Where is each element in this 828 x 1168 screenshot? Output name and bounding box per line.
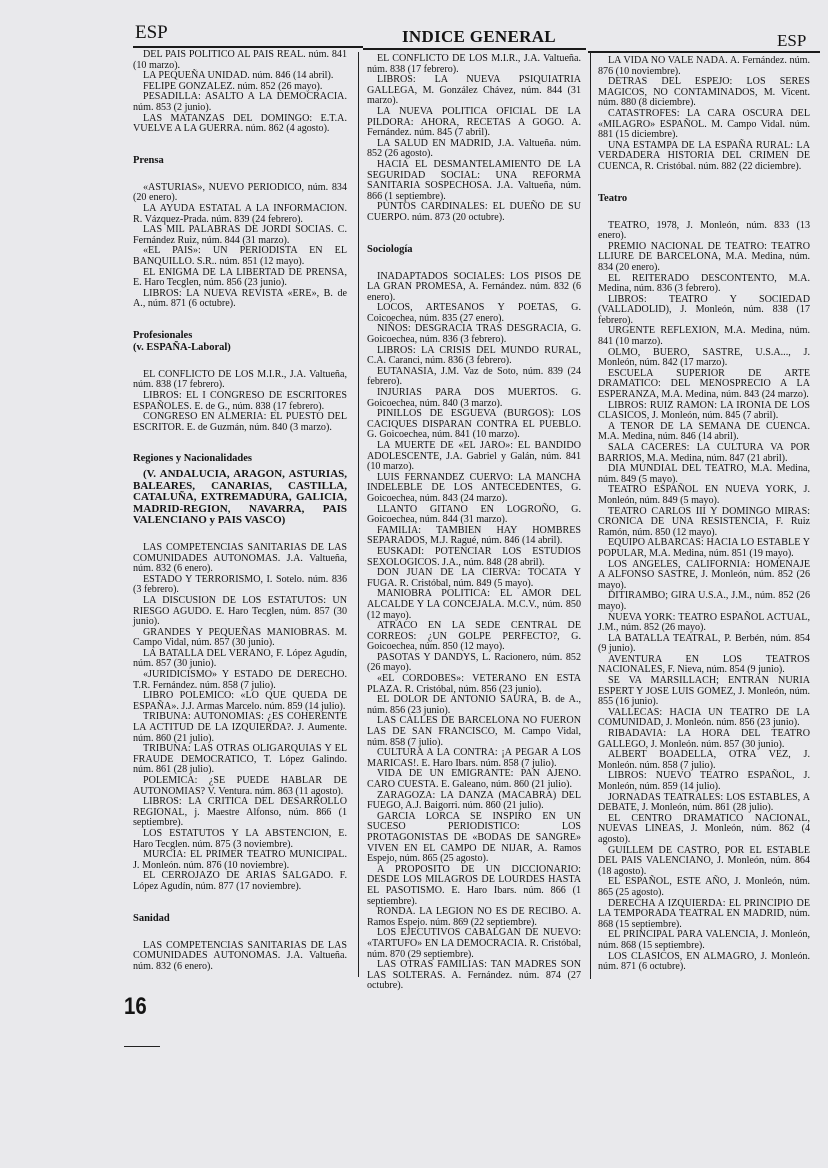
index-entry: DITIRAMBO; GIRA U.S.A., J.M., núm. 852 (… [598,591,810,612]
index-entry: GARCIA LORCA SE INSPIRO EN UN SUCESO PER… [367,812,581,865]
index-entry: LOS EJECUTIVOS CABALGAN DE NUEVO: «TARTU… [367,928,581,960]
section-subtitle: (v. ESPAÑA-Laboral) [133,342,347,354]
index-entry: DON JUAN DE LA CIERVA: TOCATA Y FUGA. R.… [367,568,581,589]
index-entry: LAS COMPETENCIAS SANITARIAS DE LAS COMUN… [133,941,347,973]
index-entry: LA AYUDA ESTATAL A LA INFORMACION. R. Vá… [133,204,347,225]
index-entry: CATASTROFES: LA CARA OSCURA DEL «MILAGRO… [598,109,810,141]
header-country-left: ESP [135,22,168,44]
section-title: Profesionales [133,330,192,341]
index-entry: ALBERT BOADELLA, OTRA VEZ, J. Monleón. n… [598,750,810,771]
index-entry: INADAPTADOS SOCIALES: LOS PISOS DE LA GR… [367,272,581,304]
index-entry: LIBROS: LA CRISIS DEL MUNDO RURAL, C.A. … [367,346,581,367]
index-entry: VIDA DE UN EMIGRANTE: PAN AJENO. CARO CU… [367,769,581,790]
index-entry: CONGRESO EN ALMERIA: EL PUESTO DEL ESCRI… [133,412,347,433]
section-cross-reference: (V. ANDALUCIA, ARAGON, ASTURIAS, BALEARE… [133,469,347,527]
page-number: 16 [124,993,147,1021]
column-divider [358,52,359,977]
index-entry: AVENTURA EN LOS TEATROS NACIONALES, F. N… [598,655,810,676]
index-entry: GRANDES Y PEQUEÑAS MANIOBRAS. M. Campo V… [133,628,347,649]
index-entry: LIBROS: LA NUEVA PSIQUIATRIA GALLEGA, M.… [367,75,581,107]
section-heading: Teatro [598,193,810,205]
index-entry: PASOTAS Y DANDYS, L. Racionero, núm. 852… [367,653,581,674]
index-entry: EUSKADI: POTENCIAR LOS ESTUDIOS SEXOLOGI… [367,547,581,568]
index-entry: TEATRO CARLOS III Y DOMINGO MIRAS: CRONI… [598,507,810,539]
index-entry: TEATRO, 1978, J. Monleón, núm. 833 (13 e… [598,221,810,242]
index-entry: EL PRINCIPAL PARA VALENCIA, J. Monleón, … [598,930,810,951]
index-entry: JORNADAS TEATRALES: LOS ESTABLES, A DEBA… [598,793,810,814]
index-entry: LA BATALLA DEL VERANO, F. López Agudín, … [133,649,347,670]
index-page: ESP INDICE GENERAL ESP DEL PAIS POLITICO… [0,0,828,1168]
index-entry: EL ESPAÑOL, ESTE AÑO, J. Monleón, núm. 8… [598,877,810,898]
section-heading: Regiones y Nacionalidades [133,453,347,465]
header-rule [133,46,363,48]
index-entry: FAMILIA: TAMBIEN HAY HOMBRES SEPARADOS, … [367,526,581,547]
header-country-right: ESP [777,31,806,51]
section-heading: Sanidad [133,913,347,925]
index-entry: DEL PAIS POLITICO AL PAIS REAL. núm. 841… [133,50,347,71]
index-entry: LLANTO GITANO EN LOGROÑO, G. Goicoechea,… [367,505,581,526]
index-entry: ATRACO EN LA SEDE CENTRAL DE CORREOS: ¿U… [367,621,581,653]
index-entry: POLEMICA: ¿SE PUEDE HABLAR DE AUTONOMIAS… [133,776,347,797]
index-entry: RIBADAVIA: LA HORA DEL TEATRO GALLEGO, J… [598,729,810,750]
index-entry: OLMO, BUERO, SASTRE, U.S.A..., J. Monleó… [598,348,810,369]
index-entry: PINILLOS DE ESGUEVA (BURGOS): LOS CACIQU… [367,409,581,441]
index-entry: LA VIDA NO VALE NADA. A. Fernández. núm.… [598,56,810,77]
column-divider [590,52,591,979]
index-entry: NUEVA YORK: TEATRO ESPAÑOL ACTUAL, J.M.,… [598,613,810,634]
header-rule [363,48,586,50]
index-entry: LOS CLASICOS, EN ALMAGRO, J. Monleón. nú… [598,952,810,973]
index-entry: TRIBUNA: LAS OTRAS OLIGARQUIAS Y EL FRAU… [133,744,347,776]
index-entry: MURCIA: EL PRIMER TEATRO MUNICIPAL. J. M… [133,850,347,871]
index-entry: LIBROS: RUIZ RAMON: LA IRONIA DE LOS CLA… [598,401,810,422]
index-entry: DERECHA A IZQUIERDA: EL PRINCIPIO DE LA … [598,899,810,931]
index-entry: LA DISCUSION DE LOS ESTATUTOS: UN RIESGO… [133,596,347,628]
index-entry: LOCOS, ARTESANOS Y POETAS, G. Coicoechea… [367,303,581,324]
index-entry: EL REITERADO DESCONTENTO, M.A. Medina, n… [598,274,810,295]
index-entry: ZARAGOZA: LA DANZA (MACABRA) DEL FUEGO, … [367,791,581,812]
index-entry: EL CERROJAZO DE ARIAS SALGADO. F. López … [133,871,347,892]
index-entry: LAS CALLES DE BARCELONA NO FUERON LAS DE… [367,716,581,748]
index-entry: LAS OTRAS FAMILIAS: TAN MADRES SON LAS S… [367,960,581,992]
index-entry: URGENTE REFLEXION, M.A. Medina, núm. 841… [598,326,810,347]
index-entry: LA SALUD EN MADRID, J.A. Valtueña. núm. … [367,139,581,160]
index-entry: LIBROS: LA NUEVA REVISTA «ERE», B. de A.… [133,289,347,310]
index-entry: LOS ANGELES, CALIFORNIA: HOMENAJE A ALFO… [598,560,810,592]
section-title: Teatro [598,193,627,204]
index-entry: LIBRO POLEMICO: «LO QUE QUEDA DE ESPAÑA»… [133,691,347,712]
footer-rule [124,1046,160,1047]
section-heading: Profesionales(v. ESPAÑA-Laboral) [133,330,347,354]
index-entry: LA NUEVA POLITICA OFICIAL DE LA PILDORA:… [367,107,581,139]
index-column-1: DEL PAIS POLITICO AL PAIS REAL. núm. 841… [133,50,347,972]
header-rule [588,51,820,53]
index-entry: EL DOLOR DE ANTONIO SAURA, B. de A., núm… [367,695,581,716]
index-entry: «JURIDICISMO» Y ESTADO DE DERECHO. T.R. … [133,670,347,691]
index-entry: PUNTOS CARDINALES: EL DUEÑO DE SU CUERPO… [367,202,581,223]
section-title: Prensa [133,155,164,166]
index-entry: LIBROS: TEATRO Y SOCIEDAD (VALLADOLID), … [598,295,810,327]
index-entry: EQUIPO ALBARCAS: HACIA LO ESTABLE Y POPU… [598,538,810,559]
section-title: Sociología [367,244,413,255]
index-entry: EL CENTRO DRAMATICO NACIONAL, NUEVAS LIN… [598,814,810,846]
index-entry: TEATRO ESPAÑOL EN NUEVA YORK, J. Monleón… [598,485,810,506]
index-entry: ESTADO Y TERRORISMO, I. Sotelo. núm. 836… [133,575,347,596]
section-title: Sanidad [133,913,170,924]
index-entry: «ASTURIAS», NUEVO PERIODICO, núm. 834 (2… [133,183,347,204]
index-entry: LIBROS: NUEVO TEATRO ESPAÑOL, J. Monleón… [598,771,810,792]
index-entry: VALLECAS: HACIA UN TEATRO DE LA COMUNIDA… [598,708,810,729]
header-title: INDICE GENERAL [402,27,556,47]
index-entry: A PROPOSITO DE UN DICCIONARIO: DESDE LOS… [367,865,581,907]
index-entry: «EL CORDOBES»: VETERANO EN ESTA PLAZA. R… [367,674,581,695]
index-entry: LAS MIL PALABRAS DE JORDI SOCIAS. C. Fer… [133,225,347,246]
index-entry: CULTURA A LA CONTRA: ¡A PEGAR A LOS MARI… [367,748,581,769]
index-entry: INJURIAS PARA DOS MUERTOS. G. Goicoechea… [367,388,581,409]
index-entry: DIA MUNDIAL DEL TEATRO, M.A. Medina, núm… [598,464,810,485]
index-entry: GUILLEM DE CASTRO, POR EL ESTABLE DEL PA… [598,846,810,878]
index-entry: EL CONFLICTO DE LOS M.I.R., J.A. Valtueñ… [367,54,581,75]
index-entry: «EL PAIS»: UN PERIODISTA EN EL BANQUILLO… [133,246,347,267]
index-entry: EL ENIGMA DE LA LIBERTAD DE PRENSA, E. H… [133,268,347,289]
index-entry: LA MUERTE DE «EL JARO»: EL BANDIDO ADOLE… [367,441,581,473]
section-heading: Prensa [133,155,347,167]
index-entry: NIÑOS: DESGRACIA TRAS DESGRACIA, G. Goic… [367,324,581,345]
index-entry: HACIA EL DESMANTELAMIENTO DE LA SEGURIDA… [367,160,581,202]
index-entry: UNA ESTAMPA DE LA ESPAÑA RURAL: LA VERDA… [598,141,810,173]
index-entry: EUTANASIA, J.M. Vaz de Soto, núm. 839 (2… [367,367,581,388]
index-entry: EL CONFLICTO DE LOS M.I.R., J.A. Valtueñ… [133,370,347,391]
index-entry: LA BATALLA TEATRAL, P. Berbén, núm. 854 … [598,634,810,655]
index-entry: SALA CACERES: LA CULTURA VA POR BARRIOS,… [598,443,810,464]
index-entry: PREMIO NACIONAL DE TEATRO: TEATRO LLIURE… [598,242,810,274]
index-entry: LIBROS: EL I CONGRESO DE ESCRITORES ESPA… [133,391,347,412]
index-entry: LIBROS: LA CRITICA DEL DESARROLLO REGION… [133,797,347,829]
index-entry: A TENOR DE LA SEMANA DE CUENCA. M.A. Med… [598,422,810,443]
index-entry: LAS MATANZAS DEL DOMINGO: E.T.A. VUELVE … [133,114,347,135]
index-entry: LUIS FERNANDEZ CUERVO: LA MANCHA INDELEB… [367,473,581,505]
index-entry: LAS COMPETENCIAS SANITARIAS DE LAS COMUN… [133,543,347,575]
index-entry: DETRAS DEL ESPEJO: LOS SERES MAGICOS, NO… [598,77,810,109]
index-entry: MANIOBRA POLITICA: EL AMOR DEL ALCALDE Y… [367,589,581,621]
section-title: Regiones y Nacionalidades [133,453,252,464]
index-column-3: LA VIDA NO VALE NADA. A. Fernández. núm.… [598,56,810,973]
index-entry: ESCUELA SUPERIOR DE ARTE DRAMATICO: DEL … [598,369,810,401]
index-entry: TRIBUNA: AUTONOMIAS: ¿ES COHERENTE LA AC… [133,712,347,744]
section-heading: Sociología [367,244,581,256]
index-entry: RONDA. LA LEGION NO ES DE RECIBO. A. Ram… [367,907,581,928]
index-entry: LOS ESTATUTOS Y LA ABSTENCION, E. Haro T… [133,829,347,850]
index-column-2: EL CONFLICTO DE LOS M.I.R., J.A. Valtueñ… [367,54,581,992]
index-entry: PESADILLA: ASALTO A LA DEMOCRACIA. núm. … [133,92,347,113]
index-entry: SE VA MARSILLACH; ENTRAN NURIA ESPERT Y … [598,676,810,708]
